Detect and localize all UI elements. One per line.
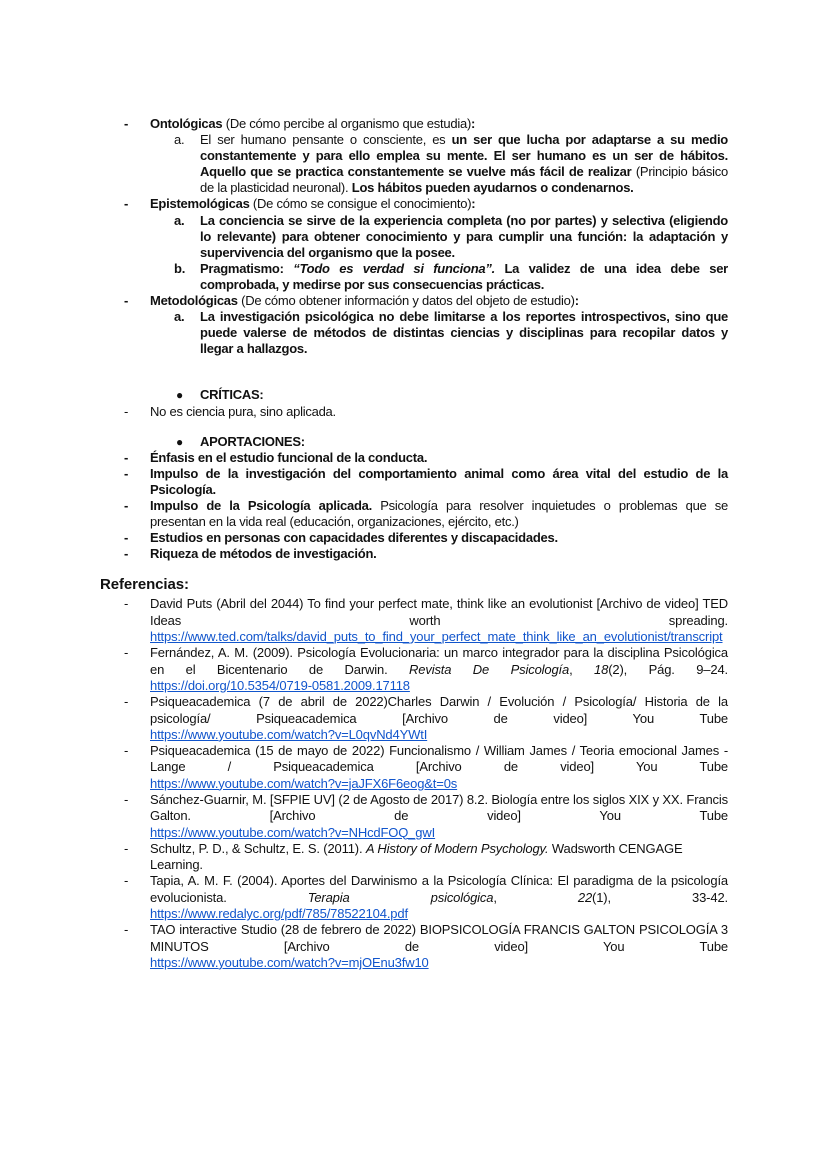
list-item: -Impulso de la Psicología aplicada. Psic…: [100, 498, 728, 530]
dot-bullet-icon: ●: [176, 387, 183, 403]
dash-bullet: -: [124, 530, 128, 546]
reference-item: -Sánchez-Guarnir, M. [SFPIE UV] (2 de Ag…: [100, 792, 728, 841]
list-item: a. La conciencia se sirve de la experien…: [100, 213, 728, 261]
dash-bullet: -: [124, 293, 128, 309]
reference-link[interactable]: https://www.youtube.com/watch?v=NHcdFOQ_…: [150, 825, 435, 840]
reference-item: -TAO interactive Studio (28 de febrero d…: [100, 922, 728, 971]
section-epistemologicas: - Epistemológicas (De cómo se consigue e…: [100, 196, 728, 212]
references-title: Referencias:: [100, 577, 728, 593]
heading-criticas: ● CRÍTICAS:: [100, 387, 728, 403]
section-title: Epistemológicas: [150, 196, 250, 211]
dash-bullet: -: [124, 841, 128, 857]
reference-text: Psiqueacademica (15 de mayo de 2022) Fun…: [150, 743, 728, 776]
dash-bullet: -: [124, 743, 128, 759]
reference-text: TAO interactive Studio (28 de febrero de…: [150, 922, 728, 955]
item-marker: a.: [174, 132, 184, 148]
dash-bullet: -: [124, 792, 128, 808]
dash-bullet: -: [124, 694, 128, 710]
aportaciones-list: -Énfasis en el estudio funcional de la c…: [100, 450, 728, 563]
reference-text: Tapia, A. M. F. (2004). Aportes del Darw…: [150, 873, 728, 906]
section-desc: (De cómo obtener información y datos del…: [238, 293, 575, 308]
reference-item: -Psiqueacademica (7 de abril de 2022)Cha…: [100, 694, 728, 743]
reference-link[interactable]: https://www.youtube.com/watch?v=L0qvNd4Y…: [150, 727, 427, 742]
reference-text: Fernández, A. M. (2009). Psicología Evol…: [150, 645, 728, 678]
dash-bullet: -: [124, 873, 128, 889]
reference-item: -Schultz, P. D., & Schultz, E. S. (2011)…: [100, 841, 728, 874]
section-desc: (De cómo percibe al organismo que estudi…: [222, 116, 471, 131]
reference-link[interactable]: https://www.youtube.com/watch?v=mjOEnu3f…: [150, 955, 429, 970]
section-metodologicas: - Metodológicas (De cómo obtener informa…: [100, 293, 728, 309]
dash-bullet: -: [124, 922, 128, 938]
reference-link[interactable]: https://doi.org/10.5354/0719-0581.2009.1…: [150, 678, 410, 693]
list-item: - No es ciencia pura, sino aplicada.: [100, 404, 728, 420]
reference-item: -Fernández, A. M. (2009). Psicología Evo…: [100, 645, 728, 694]
section-desc: (De cómo se consigue el conocimiento): [250, 196, 472, 211]
item-marker: a.: [174, 213, 184, 229]
dash-bullet: -: [124, 196, 128, 212]
reference-text: Schultz, P. D., & Schultz, E. S. (2011).…: [150, 841, 728, 874]
reference-text: Psiqueacademica (7 de abril de 2022)Char…: [150, 694, 728, 727]
list-item: -Estudios en personas con capacidades di…: [100, 530, 728, 546]
dash-bullet: -: [124, 466, 128, 482]
dash-bullet: -: [124, 645, 128, 661]
dash-bullet: -: [124, 546, 128, 562]
section-ontologicas: - Ontológicas (De cómo percibe al organi…: [100, 116, 728, 132]
dash-bullet: -: [124, 596, 128, 612]
list-item: -Impulso de la investigación del comport…: [100, 466, 728, 498]
reference-text: David Puts (Abril del 2044) To find your…: [150, 596, 728, 629]
dot-bullet-icon: ●: [176, 434, 183, 450]
list-item: b. Pragmatismo: “Todo es verdad si funci…: [100, 261, 728, 293]
reference-link[interactable]: https://www.redalyc.org/pdf/785/78522104…: [150, 906, 408, 921]
item-marker: b.: [174, 261, 185, 277]
dash-bullet: -: [124, 404, 128, 420]
reference-link[interactable]: https://www.youtube.com/watch?v=jaJFX6F6…: [150, 776, 457, 791]
reference-link[interactable]: https://www.ted.com/talks/david_puts_to_…: [150, 629, 723, 644]
reference-item: -Tapia, A. M. F. (2004). Aportes del Dar…: [100, 873, 728, 922]
item-marker: a.: [174, 309, 184, 325]
dash-bullet: -: [124, 450, 128, 466]
reference-text: Sánchez-Guarnir, M. [SFPIE UV] (2 de Ago…: [150, 792, 728, 825]
reference-item: -Psiqueacademica (15 de mayo de 2022) Fu…: [100, 743, 728, 792]
section-title: Ontológicas: [150, 116, 222, 131]
list-item: a. El ser humano pensante o consciente, …: [100, 132, 728, 196]
list-item: -Énfasis en el estudio funcional de la c…: [100, 450, 728, 466]
dash-bullet: -: [124, 498, 128, 514]
reference-item: -David Puts (Abril del 2044) To find you…: [100, 596, 728, 645]
references-list: -David Puts (Abril del 2044) To find you…: [100, 596, 728, 971]
document-page: - Ontológicas (De cómo percibe al organi…: [0, 0, 828, 1169]
heading-aportaciones: ● APORTACIONES:: [100, 434, 728, 450]
section-title: Metodológicas: [150, 293, 238, 308]
list-item: a. La investigación psicológica no debe …: [100, 309, 728, 357]
document-body: - Ontológicas (De cómo percibe al organi…: [100, 116, 728, 971]
dash-bullet: -: [124, 116, 128, 132]
list-item: -Riqueza de métodos de investigación.: [100, 546, 728, 562]
